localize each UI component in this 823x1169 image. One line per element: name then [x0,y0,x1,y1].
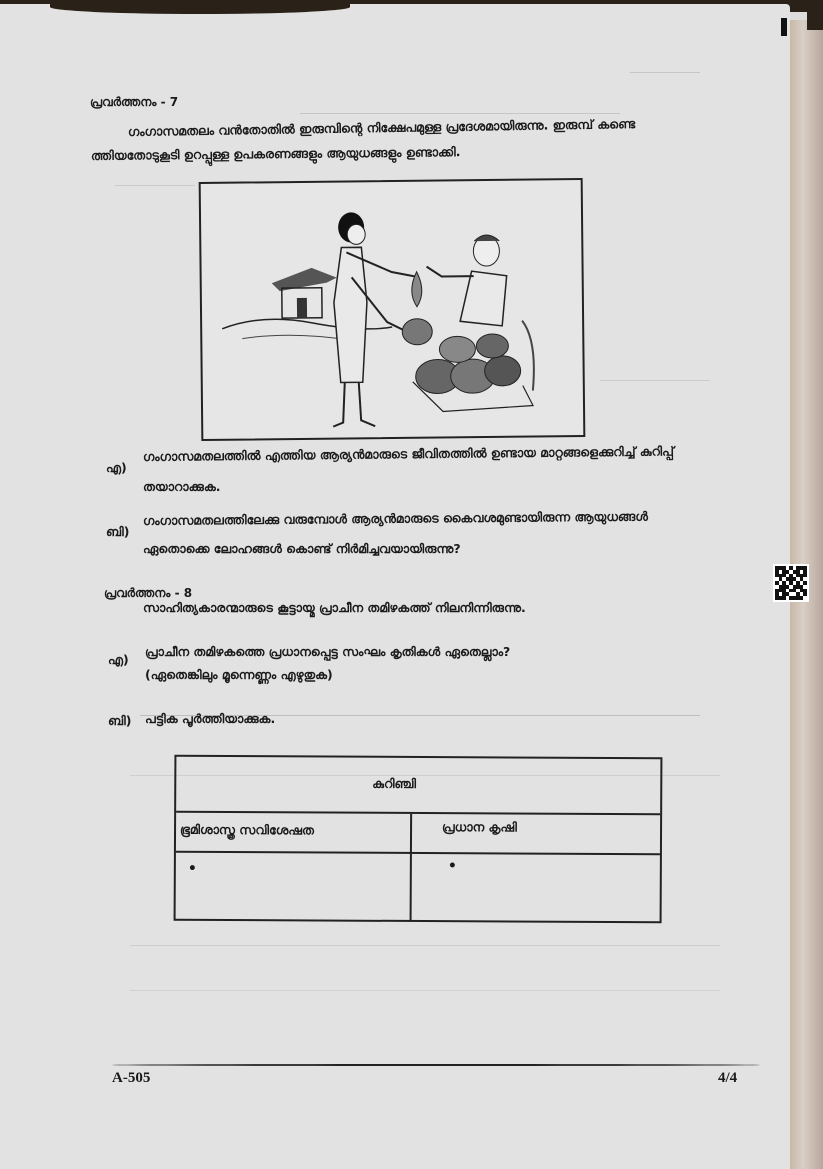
pot-icon [484,356,520,386]
bleed-through-mark [630,72,700,73]
activity-7-heading: പ്രവർത്തനം - 7 [90,96,178,108]
question-8a-text-line1: പ്രാചീന തമിഴകത്തെ പ്രധാനപ്പെട്ട സംഘം കൃത… [145,646,510,659]
bleed-through-mark [115,185,195,186]
table-header-crop: പ്രധാന കൃഷി [442,819,517,835]
activity-7-illustration [199,178,586,441]
pot-icon [439,336,475,362]
bleed-through-mark [600,380,710,381]
fish-trade-illustration [201,180,584,439]
question-8b-text: പട്ടിക പൂർത്തിയാക്കുക. [145,713,275,726]
table-cell-bullet[interactable]: • [188,861,197,877]
question-7a-text-line2: തയാറാക്കുക. [143,481,221,494]
scan-background-corner [807,0,823,30]
question-8a-label: എ) [108,652,129,668]
question-8b-label: ബി) [108,713,131,729]
activity-8-intro: സാഹിത്യകാരന്മാരുടെ കൂട്ടായ്മ പ്രാചീന തമി… [143,602,526,615]
table-cell-bullet[interactable]: • [448,858,457,874]
bleed-through-mark [300,113,620,114]
kurinji-table: കുറിഞ്ചി ഭൂമിശാസ്ത്ര സവിശേഷത പ്രധാന കൃഷി… [174,755,663,924]
question-7b-text-line2: ഏതൊക്കെ ലോഹങ്ങൾ കൊണ്ട് നിർമിച്ചവയായിരുന്… [143,543,461,556]
pot-icon [476,334,508,358]
bleed-through-mark [130,990,720,991]
page-number: 4/4 [718,1070,737,1087]
question-7b-label: ബി) [106,524,129,540]
page-tab-mark [781,18,787,36]
table-title-row: കുറിഞ്ചി [176,757,660,816]
activity-8-heading: പ്രവർത്തനം - 8 [104,587,192,599]
question-8a-text-line2: (ഏതെങ്കിലും മൂന്നെണ്ണം എഴുതുക) [145,669,333,682]
table-divider [410,814,413,920]
bleed-through-mark [130,945,720,946]
scan-shadow [50,0,350,14]
question-7a-label: എ) [106,460,127,476]
paper-code: A-505 [112,1070,150,1087]
table-header-row: ഭൂമിശാസ്ത്ര സവിശേഷത പ്രധാന കൃഷി [176,813,660,856]
table-title: കുറിഞ്ചി [372,776,416,792]
table-header-geography: ഭൂമിശാസ്ത്ര സവിശേഷത [180,822,314,839]
basket-icon [402,319,432,345]
qr-code-icon [773,564,809,602]
footer-rule [112,1064,760,1066]
